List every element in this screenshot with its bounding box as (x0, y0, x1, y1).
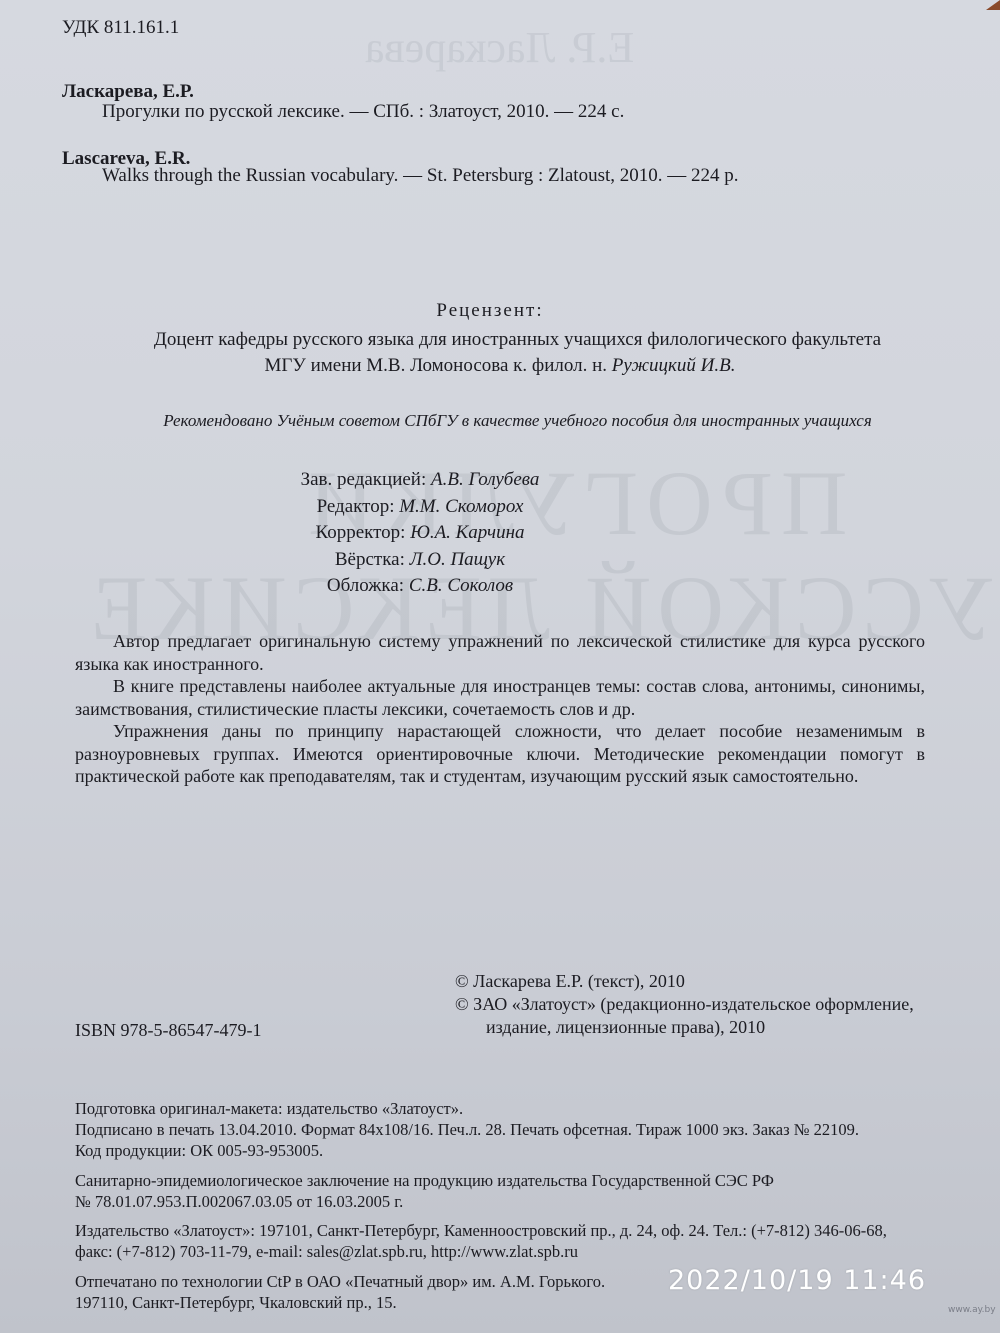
catalog-author-ru: Ласкарева, Е.Р. (62, 82, 194, 101)
staff-row: Редактор: М.М. Скоморох (0, 497, 840, 524)
reviewer-affiliation: МГУ имени М.В. Ломоносова к. филол. н. Р… (0, 356, 1000, 375)
abstract-paragraph: В книге представлены наиболее актуальные… (75, 675, 925, 720)
reviewer-affiliation-text: МГУ имени М.В. Ломоносова к. филол. н. (265, 355, 612, 376)
staff-row: Обложка: С.В. Соколов (0, 576, 840, 603)
copyright-publisher-cont: издание, лицензионные права), 2010 (486, 1018, 765, 1036)
imprint-line: Код продукции: ОК 005-93-953005. (75, 1143, 323, 1160)
reviewer-heading: Рецензент: (0, 301, 980, 320)
show-through-author: Е.Р. Ласкарева (365, 22, 634, 73)
staff-name: М.М. Скоморох (399, 496, 523, 517)
abstract-paragraph: Упражнения даны по принципу нарастающей … (75, 720, 925, 788)
staff-row: Вёрстка: Л.О. Пащук (0, 550, 840, 577)
staff-name: С.В. Соколов (409, 575, 513, 596)
staff-name: Ю.А. Карчина (410, 522, 524, 543)
imprint-line: № 78.01.07.953.П.002067.03.05 от 16.03.2… (75, 1194, 403, 1211)
imprint-line: Издательство «Златоуст»: 197101, Санкт-П… (75, 1223, 887, 1240)
book-edge (986, 0, 1000, 10)
abstract: Автор предлагает оригинальную систему уп… (75, 630, 925, 788)
copyright-publisher: © ЗАО «Златоуст» (редакционно-издательск… (455, 995, 914, 1013)
recommendation: Рекомендовано Учёным советом СПбГУ в кач… (0, 412, 1000, 429)
staff-row: Зав. редакцией: А.В. Голубева (0, 470, 840, 497)
watermark: www.ay.by (948, 1305, 996, 1315)
udk-code: УДК 811.161.1 (62, 18, 179, 37)
staff-role: Обложка: (327, 575, 409, 596)
staff-role: Редактор: (317, 496, 400, 517)
catalog-record-ru: Прогулки по русской лексике. — СПб. : Зл… (102, 102, 624, 121)
abstract-paragraph: Автор предлагает оригинальную систему уп… (75, 630, 925, 675)
imprint-line: факс: (+7-812) 703-11-79, e-mail: sales@… (75, 1244, 578, 1261)
catalog-record-en: Walks through the Russian vocabulary. — … (102, 166, 739, 185)
copyright-author: © Ласкарева Е.Р. (текст), 2010 (455, 972, 685, 990)
editorial-staff: Зав. редакцией: А.В. Голубева Редактор: … (0, 470, 840, 603)
imprint-line: Отпечатано по технологии CtP в ОАО «Печа… (75, 1274, 605, 1291)
isbn: ISBN 978-5-86547-479-1 (75, 1021, 262, 1039)
staff-name: Л.О. Пащук (410, 549, 505, 570)
reviewer-position: Доцент кафедры русского языка для иностр… (0, 330, 1000, 349)
imprint-line: 197110, Санкт-Петербург, Чкаловский пр.,… (75, 1295, 397, 1312)
staff-row: Корректор: Ю.А. Карчина (0, 523, 840, 550)
staff-name: А.В. Голубева (431, 469, 539, 490)
imprint-line: Подготовка оригинал-макета: издательство… (75, 1101, 463, 1118)
reviewer-name: Ружицкий И.В. (612, 355, 736, 376)
imprint-line: Санитарно-эпидемиологическое заключение … (75, 1173, 774, 1190)
imprint-line: Подписано в печать 13.04.2010. Формат 84… (75, 1122, 859, 1139)
staff-role: Корректор: (315, 522, 410, 543)
staff-role: Зав. редакцией: (301, 469, 431, 490)
staff-role: Вёрстка: (335, 549, 410, 570)
photo-timestamp: 2022/10/19 11:46 (668, 1265, 926, 1296)
